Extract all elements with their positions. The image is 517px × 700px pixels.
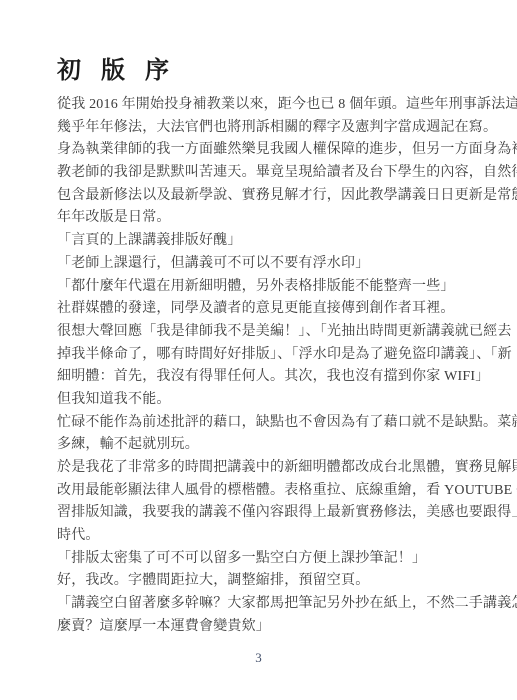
text-line: 年年改版是日常。 — [57, 207, 465, 230]
text-line: 社群媒體的發達，同學及讀者的意見更能直接傳到創作者耳裡。 — [57, 298, 465, 321]
document-page: 初 版 序 從我 2016 年開始投身補教業以來，距今也已 8 個年頭。這些年刑… — [0, 0, 517, 700]
text-line: 但我知道我不能。 — [57, 389, 465, 412]
page-title: 初 版 序 — [57, 50, 176, 85]
text-line: 從我 2016 年開始投身補教業以來，距今也已 8 個年頭。這些年刑事訴法這科 — [57, 94, 465, 117]
text-line: 時代。 — [57, 525, 465, 548]
document-body: 從我 2016 年開始投身補教業以來，距今也已 8 個年頭。這些年刑事訴法這科 … — [57, 94, 465, 639]
text-line: 幾乎年年修法，大法官們也將刑訴相關的釋字及憲判字當成週記在寫。 — [57, 117, 465, 140]
text-line: 「排版太密集了可不可以留多一點空白方便上課抄筆記！」 — [57, 548, 465, 571]
text-line: 習排版知識，我要我的講義不僅內容跟得上最新實務修法，美感也要跟得上 — [57, 502, 465, 525]
text-line: 改用最能彰顯法律人風骨的標楷體。表格重拉、底線重繪，看 YOUTUBE 學 — [57, 480, 465, 503]
text-line: 掉我半條命了，哪有時間好好排版」、「浮水印是為了避免盜印講義」、「新 — [57, 344, 465, 367]
text-line: 麼賣？這麼厚一本運費會變貴欸」 — [57, 616, 465, 639]
text-line: 身為執業律師的我一方面雖然樂見我國人權保障的進步，但另一方面身為補 — [57, 139, 465, 162]
text-line: 細明體：首先，我沒有得罪任何人。其次，我也沒有擋到你家 WIFI」 — [57, 366, 465, 389]
text-line: 「都什麼年代還在用新細明體，另外表格排版能不能整齊一些」 — [57, 276, 465, 299]
text-line: 忙碌不能作為前述批評的藉口，缺點也不會因為有了藉口就不是缺點。菜就 — [57, 412, 465, 435]
text-line: 「老師上課還行，但講義可不可以不要有浮水印」 — [57, 253, 465, 276]
text-line: 「講義空白留著麼多幹嘛？大家都馬把筆記另外抄在紙上，不然二手講義怎 — [57, 593, 465, 616]
text-line: 很想大聲回應「我是律師我不是美編！」、「光抽出時間更新講義就已經去 — [57, 321, 465, 344]
text-line: 於是我花了非常多的時間把講義中的新細明體都改成台北黑體，實務見解則 — [57, 457, 465, 480]
page-number: 3 — [0, 650, 517, 666]
text-line: 「言頁的上課講義排版好醜」 — [57, 230, 465, 253]
text-line: 包含最新修法以及最新學說、實務見解才行，因此教學講義日日更新是常態， — [57, 185, 465, 208]
text-line: 多練，輸不起就別玩。 — [57, 434, 465, 457]
text-line: 教老師的我卻是默默叫苦連天。畢竟呈現給讀者及台下學生的內容，自然得 — [57, 162, 465, 185]
text-line: 好，我改。字體間距拉大，調整縮排，預留空頁。 — [57, 570, 465, 593]
